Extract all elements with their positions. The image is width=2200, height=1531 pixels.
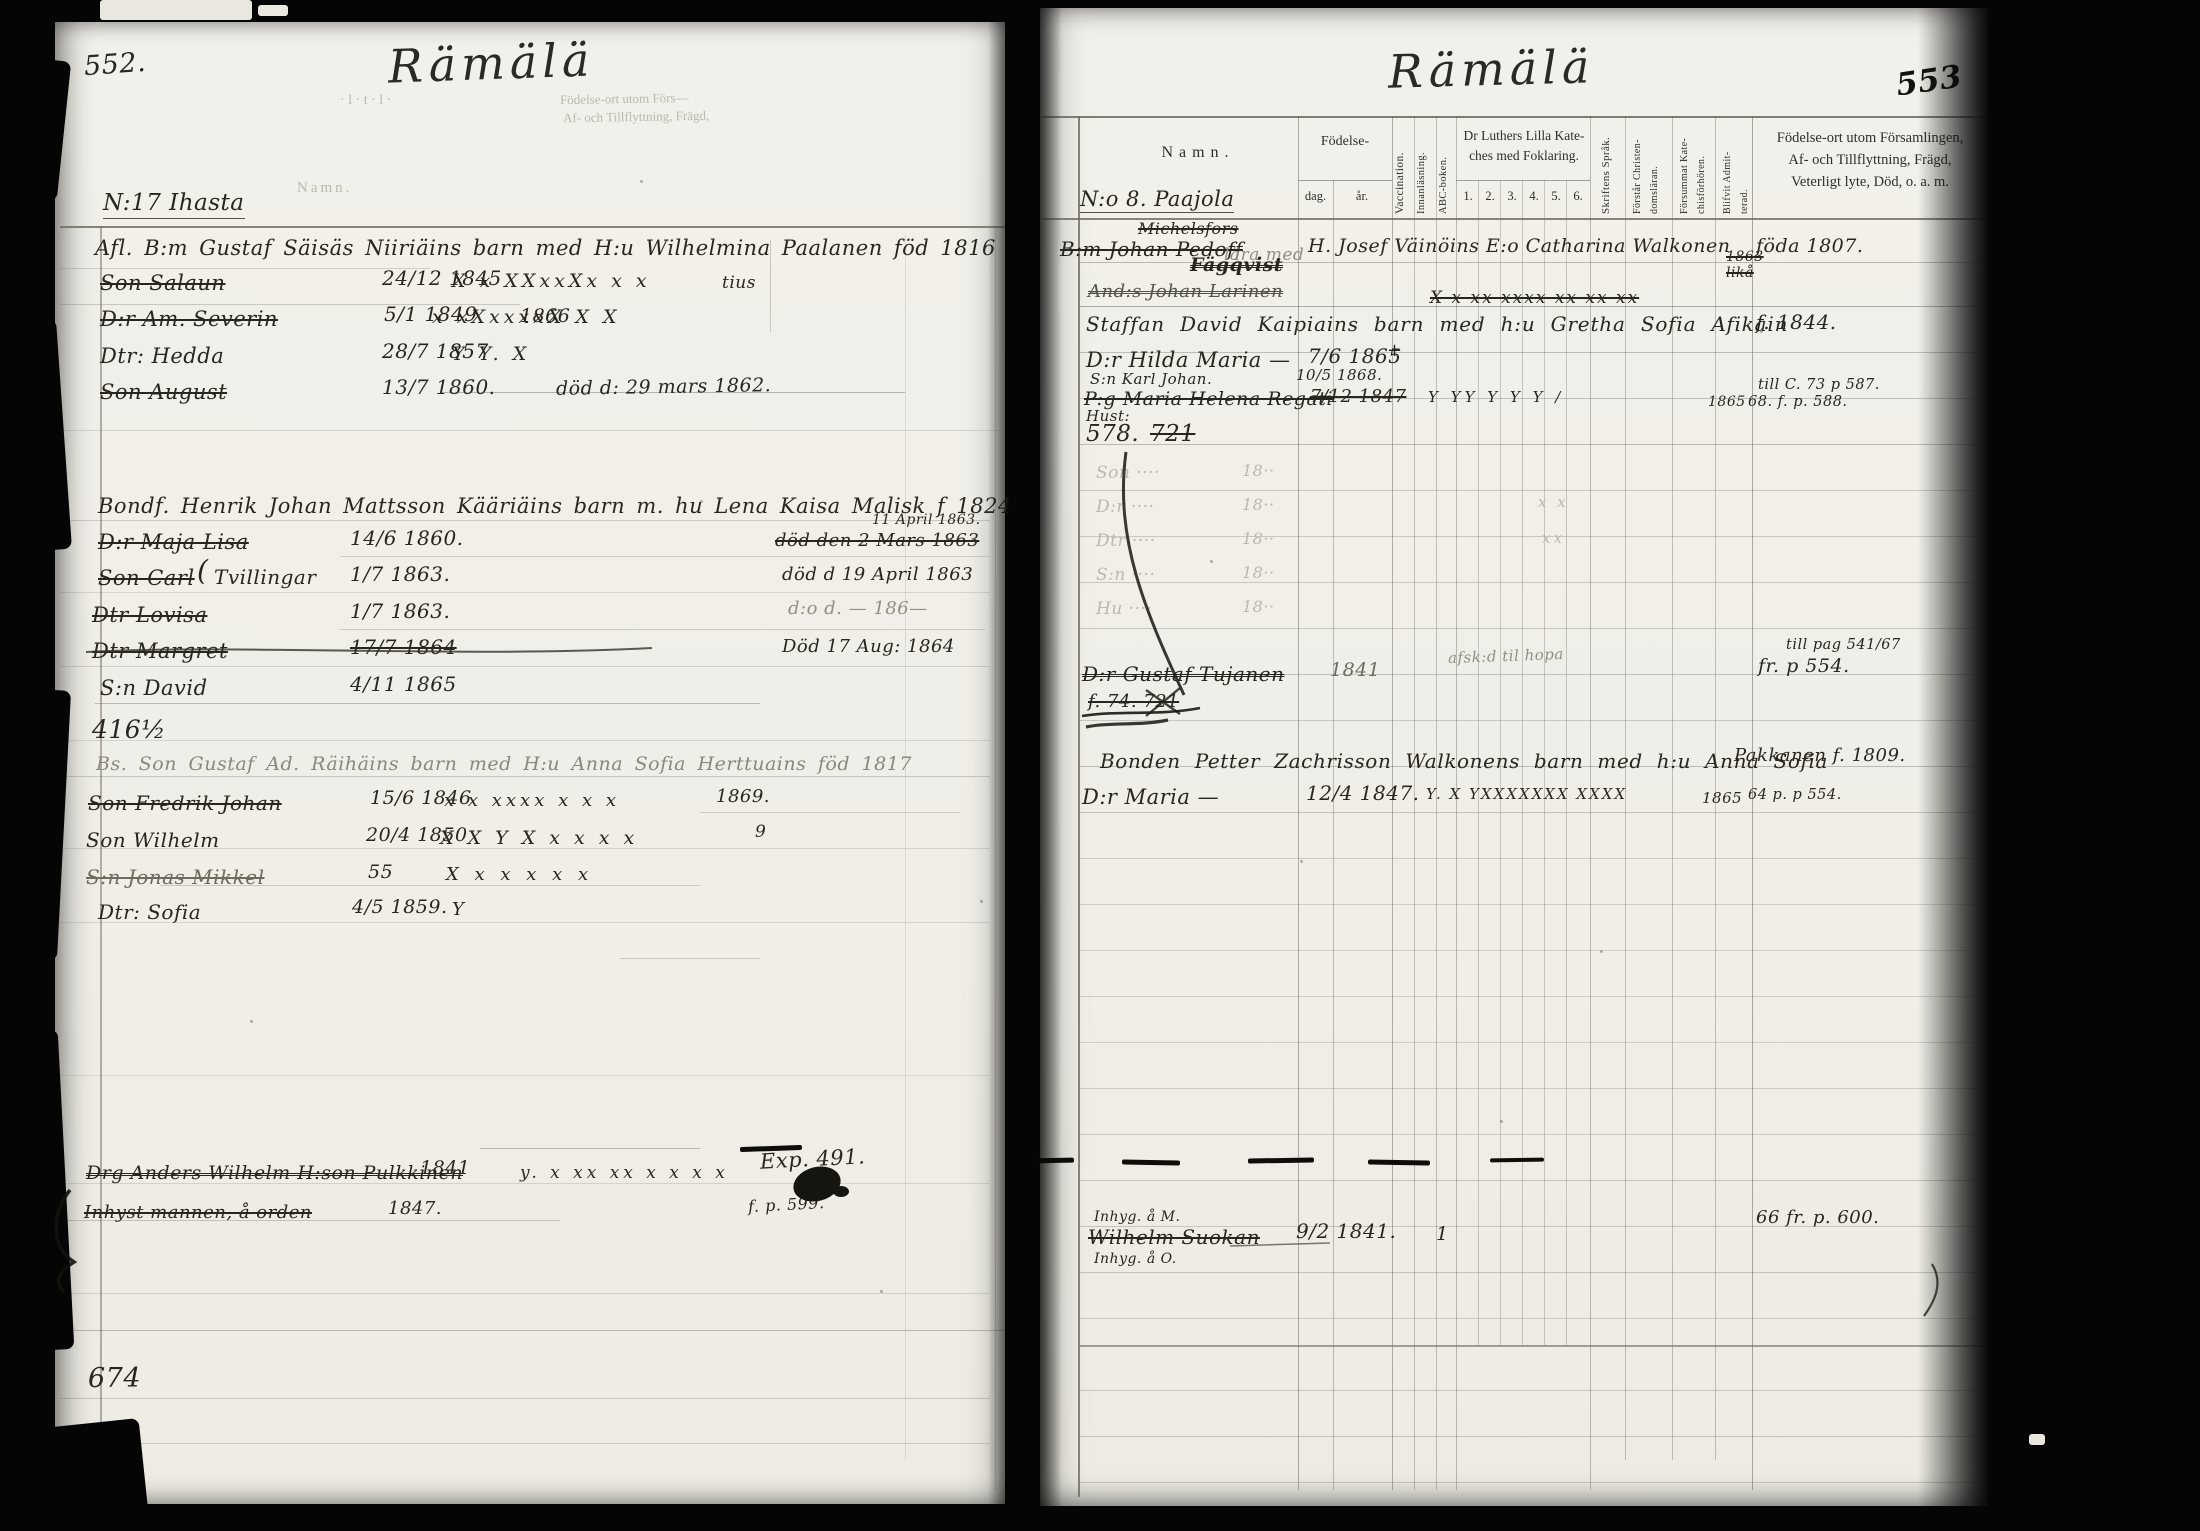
left-bottom-number: 674 xyxy=(88,1364,141,1394)
scan-speck xyxy=(640,180,643,183)
ink-dash xyxy=(1122,1159,1180,1165)
b2-r2-birthdate: 1/7 1863. xyxy=(350,600,450,622)
column-line xyxy=(995,226,996,1490)
ruled-line xyxy=(1080,1436,1985,1437)
gustaf-name: D:r Gustaf Tujanen xyxy=(1082,663,1284,685)
bottom-r1-name: Inhyst mannen, å orden xyxy=(84,1203,312,1223)
b1-r2-exam-marks: Y Y. X xyxy=(452,344,530,365)
b1-r3-name: Son August xyxy=(100,381,227,404)
column-line xyxy=(1078,116,1080,1497)
b2-footnote-number: 416½ xyxy=(92,716,166,744)
scan-speck xyxy=(1300,860,1303,863)
ghost-marks: x x xyxy=(1538,494,1569,511)
ruled-line xyxy=(95,703,760,704)
wilhelm-note: 66 fr. p. 600. xyxy=(1756,1208,1879,1228)
col-header-k4: 4. xyxy=(1524,189,1544,203)
col-header-forsummat-line1: Försummat Kate- xyxy=(1679,120,1690,214)
col-header-abc-boken: ABC-boken. xyxy=(1438,120,1449,214)
scan-speck xyxy=(1210,560,1213,563)
wilhelm-birthdate: 9/2 1841. xyxy=(1296,1220,1396,1242)
b3-r3-birthdate: 4/5 1859. xyxy=(352,897,448,918)
maria-note: 1865 xyxy=(1702,790,1742,807)
bottom-r0-exam-marks: y. x xx xx x x x x xyxy=(520,1164,729,1183)
scan-speck xyxy=(880,1290,883,1293)
ghost-row-date: 18·· xyxy=(1242,598,1275,616)
column-line xyxy=(1985,110,1988,1500)
b2-r1-twins-note: Tvillingar xyxy=(214,566,316,588)
karl-name: S:n Karl Johan. xyxy=(1090,371,1212,388)
wilhelm-name: Wilhelm Suokan xyxy=(1088,1226,1260,1248)
ruled-line xyxy=(60,1075,990,1076)
fam2-spouse-right: Pakkanen f. 1809. xyxy=(1734,746,1906,766)
ghost-header-fragment: · l · t · l · xyxy=(340,93,391,109)
b3-r2-exam-marks: X x x x x x xyxy=(446,865,593,885)
b2-r2-death-note: d:o d. — 186— xyxy=(788,599,928,619)
karl-birthdate: 10/5 1868. xyxy=(1296,367,1382,384)
fam2-note: 64 p. p 554. xyxy=(1748,788,1842,804)
ruled-line xyxy=(1080,1272,1985,1273)
e2-note2: likå xyxy=(1726,266,1754,281)
b2-superscript-note: 11 April 1863. xyxy=(872,513,981,528)
hilda-name: D:r Hilda Maria — xyxy=(1086,349,1290,372)
ruled-line xyxy=(1080,904,1985,905)
gustaf-note-a: till pag 541/67 xyxy=(1786,638,1901,654)
ruled-line xyxy=(1080,1345,1990,1347)
ruled-line xyxy=(1080,1088,1985,1089)
scan-white-speck xyxy=(2029,1434,2045,1445)
ink-dash xyxy=(1368,1159,1430,1165)
col-header-namn: Namn. xyxy=(1118,144,1278,162)
wilhelm-mark: 1 xyxy=(1436,1224,1449,1245)
b3-header: Bs. Son Gustaf Ad. Räihäins barn med H:u… xyxy=(96,754,912,775)
b1-r3-death-note: död d: 29 mars 1862. xyxy=(556,375,772,400)
col-header-forsummat-line2: chisförhören. xyxy=(1696,120,1707,214)
right-farm-heading: N:o 8. Paajola xyxy=(1080,188,1234,213)
helena-exam-marks: Y YY Y Y Y / xyxy=(1428,389,1564,406)
maria-exam-marks: Y. X YXXXXXXX XXXX xyxy=(1426,786,1627,803)
fam2-header: Bonden Petter Zachrisson Walkonens barn … xyxy=(1100,750,1828,772)
gustaf-note-b: fr. p 554. xyxy=(1758,656,1850,677)
helena-note-c: 68. f. p. 588. xyxy=(1748,395,1848,411)
ghost-row-name: Son ···· xyxy=(1096,464,1160,483)
b1-r0-note: tius xyxy=(722,274,756,293)
ghost-row-name: S:n ···· xyxy=(1096,566,1155,585)
b2-r1-birthdate: 1/7 1863. xyxy=(350,563,450,585)
ruled-line xyxy=(1298,180,1392,181)
col-header-k2: 2. xyxy=(1480,189,1500,203)
gustaf-faint-note: afsk:d til hopa xyxy=(1448,646,1564,667)
b3-r3-exam-marks: Y xyxy=(452,900,464,920)
ruled-line xyxy=(60,1398,990,1399)
col-header-kateches-line2: ches med Foklaring. xyxy=(1458,148,1590,164)
scan-white-speck xyxy=(258,5,288,16)
left-page-title: Rämälä xyxy=(387,34,595,92)
ghost-marks: xx xyxy=(1542,530,1565,547)
helena-note-a: till C. 73 p 587. xyxy=(1758,378,1880,394)
b1-r1-name: D:r Am. Severin xyxy=(100,308,278,331)
church-register-scan: 552. Rämälä Namn. · l · t · l · Födelse-… xyxy=(0,0,2200,1531)
b1-r1-note: 1866 xyxy=(520,306,570,327)
ruled-line xyxy=(480,1148,700,1149)
ghost-row-name: D:r ···· xyxy=(1096,498,1155,517)
scan-speck xyxy=(980,900,983,903)
helena-note-b: 1865 xyxy=(1708,395,1746,410)
b3-r0-exam-marks: x x xxxx x x x xyxy=(444,791,620,811)
col-header-k1: 1. xyxy=(1458,189,1478,203)
bottom-r0-name: Drg Anders Wilhelm H:son Pulkkinen xyxy=(86,1163,463,1184)
ghost-row-name: Dtr ···· xyxy=(1096,532,1156,551)
ruled-line xyxy=(1080,720,1985,721)
col-header-innanlasning: Innanläsning. xyxy=(1416,120,1427,214)
scan-speck xyxy=(1500,1120,1503,1123)
b2-r4-name: S:n David xyxy=(100,677,208,700)
b1-r0-name: Son Salaun xyxy=(100,272,225,295)
col-header-blifvit-line1: Blifvit Admit- xyxy=(1722,120,1733,214)
ruled-line xyxy=(1080,1042,1985,1043)
wilhelm-below-note: Inhyg. å O. xyxy=(1094,1252,1177,1267)
ruled-line xyxy=(1080,1390,1985,1391)
maria-birthdate: 12/4 1847. xyxy=(1306,782,1420,804)
ruled-line xyxy=(1080,1482,1985,1483)
b2-r0-birthdate: 14/6 1860. xyxy=(350,527,464,549)
bottom-r0-birthdate: 1841 xyxy=(420,1158,470,1179)
b2-r1-brace: ( xyxy=(197,556,208,587)
b1-r0-exam-marks: X x XXxxXx x x xyxy=(452,271,651,292)
b2-r2-name: Dtr Lovisa xyxy=(92,604,207,627)
col-header-ar: år. xyxy=(1334,189,1390,203)
e1-spouse: H. Josef Väinöins E:o Catharina Walkonen xyxy=(1308,236,1730,257)
b3-r0-note: 1869. xyxy=(716,787,770,807)
ruled-line xyxy=(60,1443,990,1444)
b2-r4-birthdate: 4/11 1865 xyxy=(350,673,457,695)
wilhelm-above-note: Inhyg. å M. xyxy=(1094,1210,1180,1225)
right-page-title: Rämälä xyxy=(1387,41,1595,97)
ruled-line xyxy=(1080,996,1985,997)
b2-r3-name: Dtr Margret xyxy=(92,640,228,663)
fam1-header: Staffan David Kaipiains barn med h:u Gre… xyxy=(1086,313,1788,335)
scribble-text: f. 74. 721 xyxy=(1088,692,1179,712)
b2-r1-name: Son Carl xyxy=(98,567,195,590)
scan-white-speck xyxy=(100,0,252,20)
ruled-line xyxy=(1080,582,1985,583)
col-header-dag: dag. xyxy=(1299,189,1332,203)
ghost-header-line1: Födelse-ort utom Förs— xyxy=(560,91,689,108)
ruled-line xyxy=(1080,812,1985,813)
ghost-header-line2: Af- och Tillflyttning, Frägd, xyxy=(563,109,710,126)
b1-r2-name: Dtr: Hedda xyxy=(100,345,224,368)
ruled-line xyxy=(1080,444,1985,445)
e1-birth-note: föda 1807. xyxy=(1756,236,1863,257)
ruled-line xyxy=(620,958,760,959)
col-header-vaccination: Vaccination. xyxy=(1394,120,1406,214)
b2-r3-birthdate: 17/7 1864 xyxy=(350,636,457,658)
ruled-line xyxy=(1042,116,1990,118)
left-page-number: 552. xyxy=(83,48,147,82)
maria-name: D:r Maria — xyxy=(1082,786,1219,809)
e3-exam-marks: X x xx xxxx xx xx xx xyxy=(1430,289,1639,308)
column-line xyxy=(905,235,906,1460)
torn-corner xyxy=(19,1418,149,1530)
col-header-fodelse: Födelse- xyxy=(1298,134,1392,150)
col-header-forstar-line1: Förstår Christen- xyxy=(1632,120,1643,214)
number-578: 578. xyxy=(1086,422,1139,447)
scan-speck xyxy=(250,1020,253,1023)
ruled-line xyxy=(60,1293,990,1294)
e1-above-name: Michelsfors xyxy=(1138,220,1238,238)
b1-header: Afl. B:m Gustaf Säisäs Niiriäins barn me… xyxy=(95,237,996,260)
col-header-k3: 3. xyxy=(1502,189,1522,203)
e2-note1: 1863 xyxy=(1726,250,1764,265)
ghost-row-date: 18·· xyxy=(1242,564,1275,582)
ruled-line xyxy=(60,520,990,521)
b2-r1-death-note: död d 19 April 1863 xyxy=(782,565,973,585)
ghost-namn-header: Namn. xyxy=(297,180,352,197)
ink-blot-small xyxy=(833,1186,849,1197)
ruled-line xyxy=(60,592,990,593)
left-farm-heading: N:17 Ihasta xyxy=(103,191,245,219)
ruled-line xyxy=(60,740,990,741)
ruled-line xyxy=(60,268,430,269)
ruled-line xyxy=(60,430,1000,431)
b1-r3-birthdate: 13/7 1860. xyxy=(382,376,496,398)
ruled-line xyxy=(1080,1318,1985,1319)
ruled-line xyxy=(1080,1134,1985,1135)
b3-r2-name: S:n Jonas Mikkel xyxy=(86,866,265,888)
hilda-plus-mark: + xyxy=(1387,341,1403,361)
ruled-line xyxy=(340,629,985,630)
col-header-k6: 6. xyxy=(1568,189,1588,203)
bottom-r1-birthdate: 1847. xyxy=(388,1199,442,1219)
b3-r1-note: 9 xyxy=(755,823,766,842)
ghost-row-name: Hu ···· xyxy=(1096,600,1152,619)
ruled-line xyxy=(1080,536,1985,537)
col-header-skriftens-sprak: Skriftens Språk. xyxy=(1600,120,1612,214)
b2-r0-death-note: död den 2 Mars 1863 xyxy=(775,531,979,551)
ghost-row-date: 18·· xyxy=(1242,530,1275,548)
helena-birthdate: 7/12 1847 xyxy=(1310,387,1406,407)
column-line xyxy=(100,226,102,1497)
ruled-line xyxy=(340,556,990,557)
e3-name: And:s Johan Larinen xyxy=(1088,282,1283,302)
fam1-birth-note: f. 1844. xyxy=(1756,311,1837,333)
ruled-line xyxy=(1080,1180,1985,1181)
b3-r1-exam-marks: X X Y X x x x x xyxy=(440,828,638,849)
b3-r0-name: Son Fredrik Johan xyxy=(88,792,282,814)
b3-r3-name: Dtr: Sofia xyxy=(98,901,201,923)
e2-name: Fägqvist xyxy=(1190,255,1283,276)
ruled-line xyxy=(60,1330,1005,1331)
col-header-blifvit-line2: terad. xyxy=(1739,120,1750,214)
col-header-forstar-line2: domsläran. xyxy=(1649,120,1660,214)
ruled-line xyxy=(1080,628,1985,629)
scan-speck xyxy=(1600,950,1603,953)
col-header-k5: 5. xyxy=(1546,189,1566,203)
ruled-line xyxy=(1456,180,1590,181)
b2-r0-name: D:r Maja Lisa xyxy=(98,531,249,554)
b3-r1-name: Son Wilhelm xyxy=(86,829,220,851)
ruled-line xyxy=(700,812,960,813)
ruled-line xyxy=(1080,858,1985,859)
number-721-struck: 721 xyxy=(1150,422,1195,447)
gustaf-birthdate: 1841 xyxy=(1330,660,1380,681)
col-header-sista-line1: Födelse-ort utom Församlingen, xyxy=(1755,130,1985,147)
b2-r3-death-note: Död 17 Aug: 1864 xyxy=(782,637,955,657)
ruled-line xyxy=(1080,490,1985,491)
ruled-line xyxy=(60,666,990,667)
ruled-line xyxy=(1080,950,1985,951)
ink-dash xyxy=(1028,1158,1074,1164)
col-header-sista-line2: Af- och Tillflyttning, Frägd, xyxy=(1755,152,1985,169)
col-header-sista-line3: Veterligt lyte, Död, o. a. m. xyxy=(1755,174,1985,191)
col-header-kateches-line1: Dr Luthers Lilla Kate- xyxy=(1458,128,1590,144)
ruled-line xyxy=(60,226,1005,228)
ruled-line xyxy=(60,776,990,777)
b3-r2-birthdate: 55 xyxy=(368,862,393,883)
ghost-row-date: 18·· xyxy=(1242,496,1275,514)
ghost-row-date: 18·· xyxy=(1242,462,1275,480)
